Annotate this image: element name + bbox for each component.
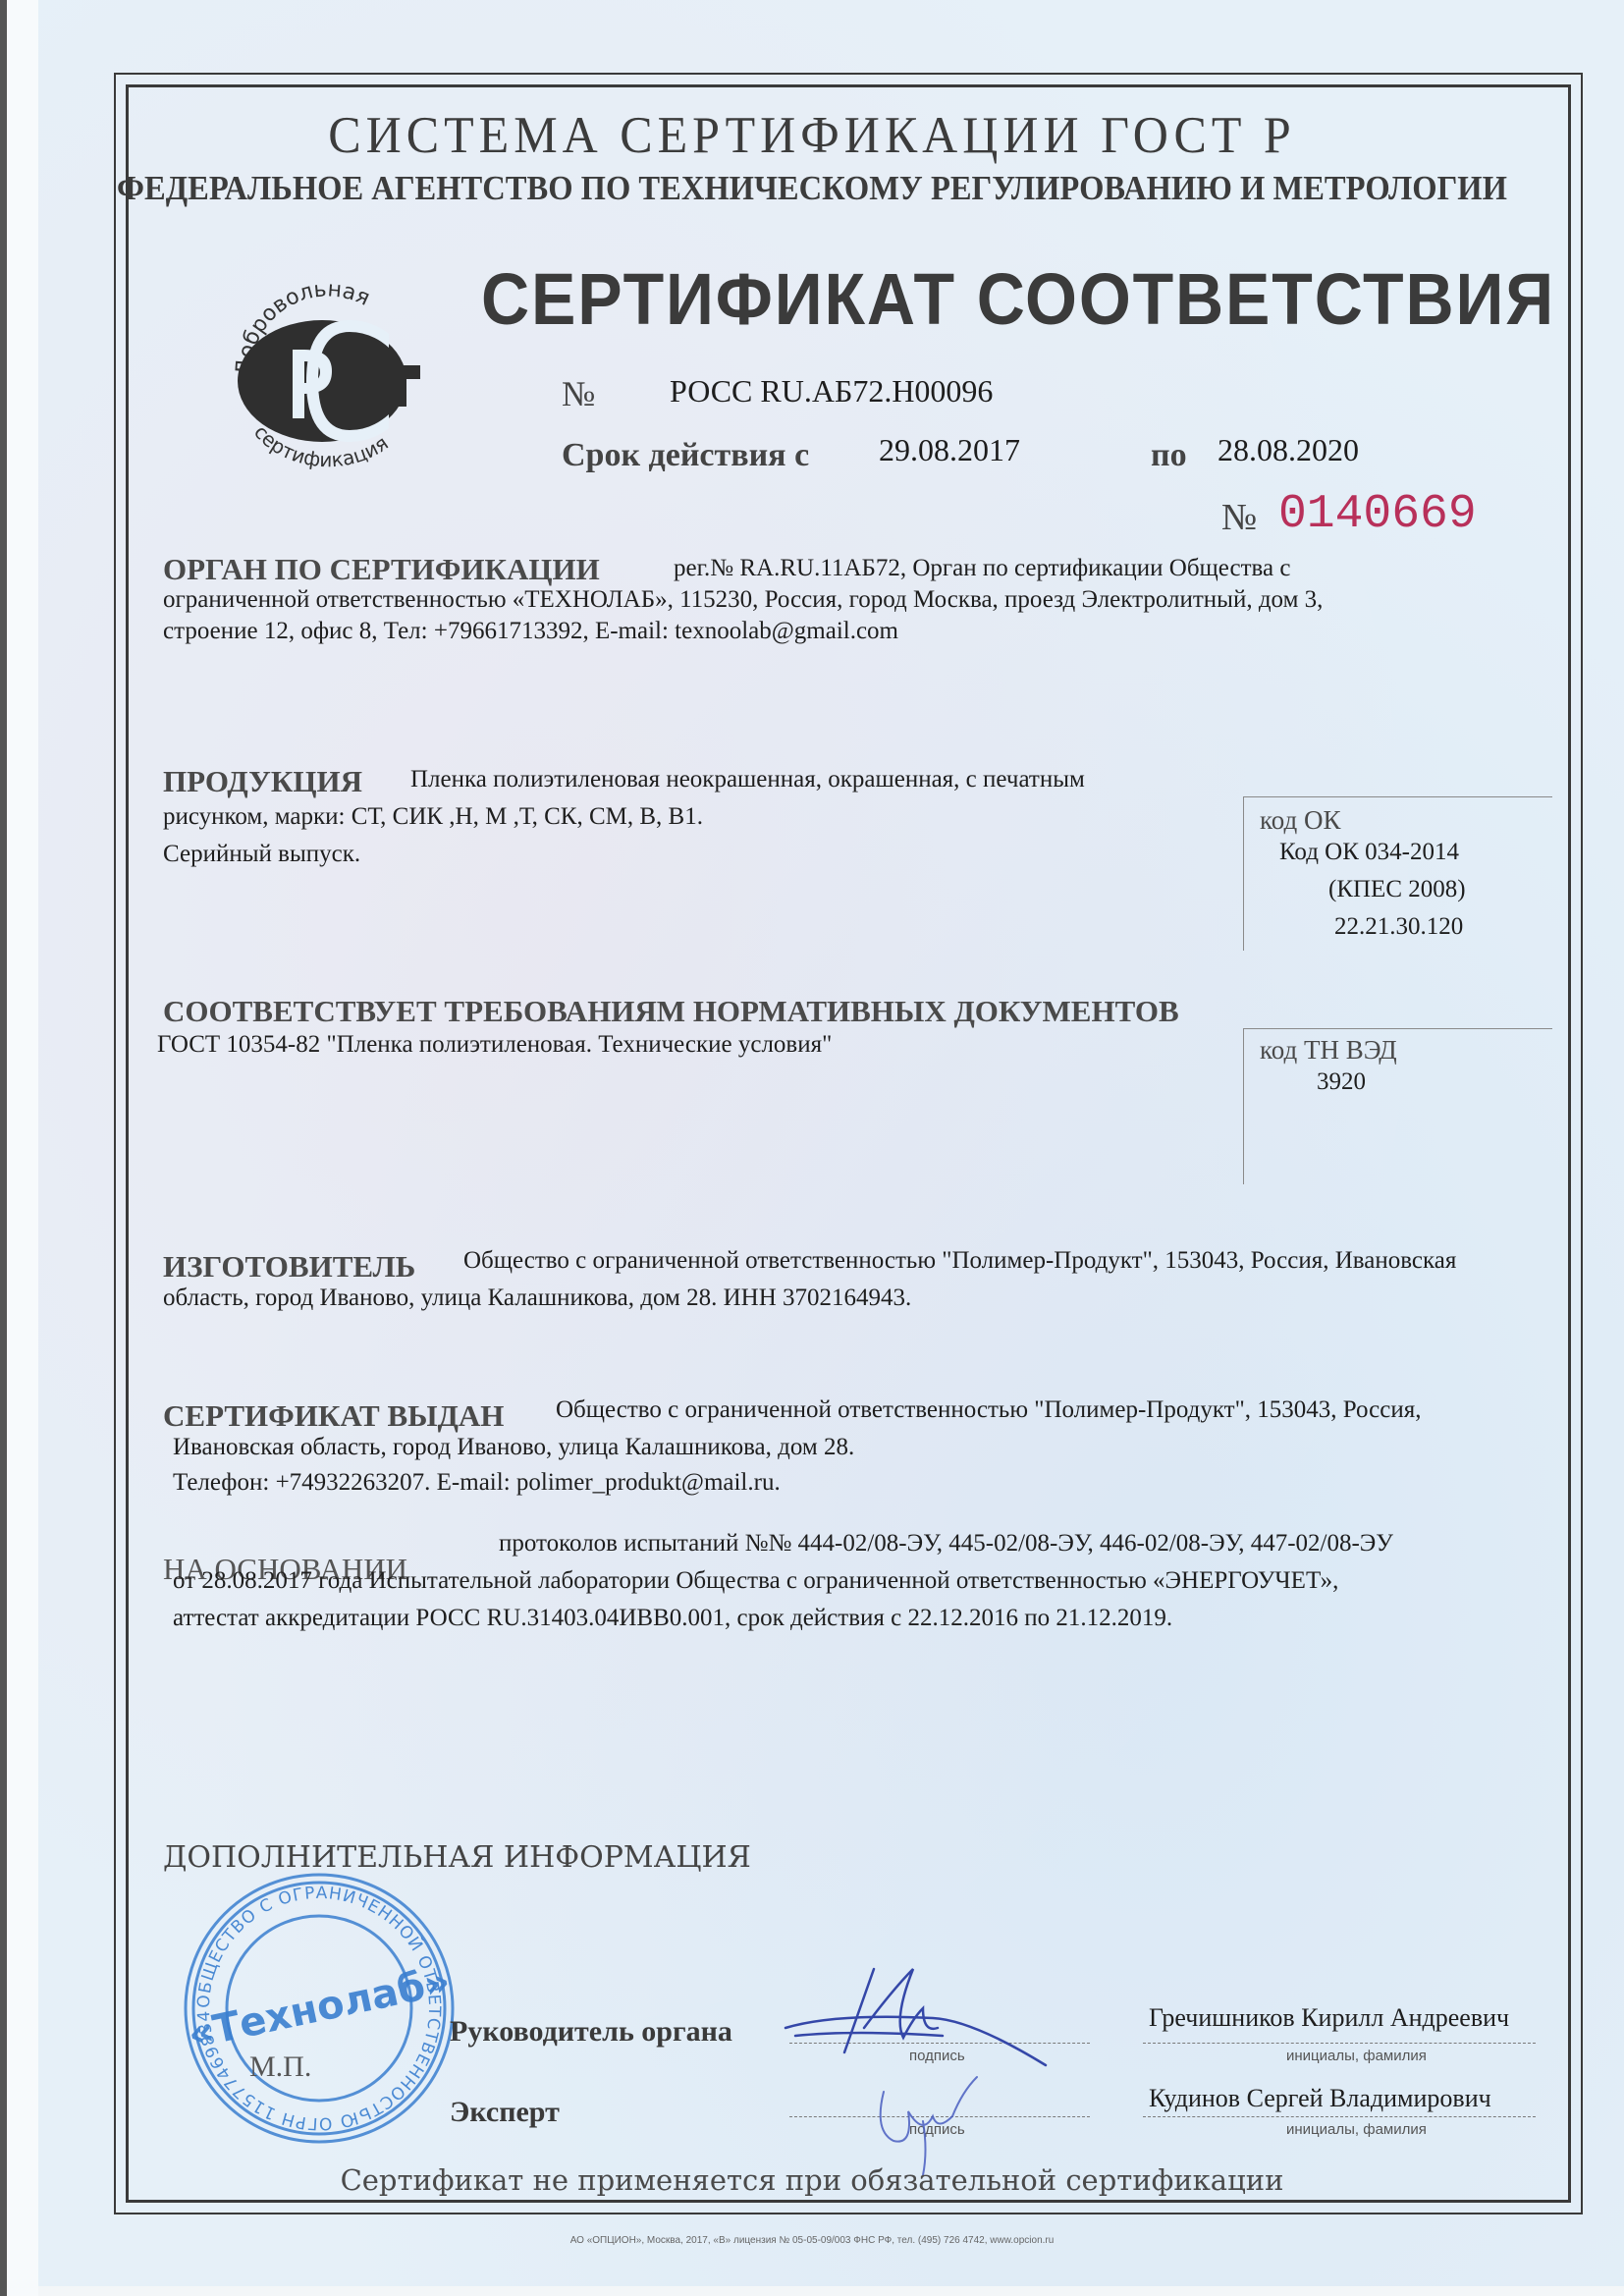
printer-info: АО «ОПЦИОН», Москва, 2017, «В» лицензия … (0, 2235, 1624, 2246)
issued-to-label: СЕРТИФИКАТ ВЫДАН (163, 1398, 504, 1434)
issued-to-line: Ивановская область, город Иваново, улица… (173, 1434, 854, 1461)
stamp-icon: ОБЩЕСТВО С ОГРАНИЧЕННОЙ ОТВЕТСТВЕННОСТЬЮ… (177, 1866, 461, 2151)
tnved-code-value: 3920 (1317, 1068, 1366, 1096)
scan-margin (7, 0, 38, 2296)
conformity-label: СООТВЕТСТВУЕТ ТРЕБОВАНИЯМ НОРМАТИВНЫХ ДО… (163, 994, 1179, 1029)
ok-code-line: (КПЕС 2008) (1328, 876, 1466, 903)
document-title: СЕРТИФИКАТ СООТВЕТСТВИЯ (481, 257, 1555, 341)
expert-name: Кудинов Сергей Владимирович (1149, 2084, 1491, 2113)
basis-line: аттестат аккредитации РОСС RU.31403.04ИВ… (173, 1605, 1172, 1632)
expert-name-line (1143, 2116, 1536, 2117)
ok-code-line: Код ОК 034-2014 (1279, 839, 1459, 866)
certification-body-line: рег.№ RA.RU.11АБ72, Орган по сертификаци… (674, 555, 1290, 582)
manufacturer-label: ИЗГОТОВИТЕЛЬ (163, 1249, 415, 1285)
certification-body-label: ОРГАН ПО СЕРТИФИКАЦИИ (163, 552, 600, 587)
issued-to-line: Общество с ограниченной ответственностью… (556, 1396, 1422, 1424)
stamp-place-label: М.П. (249, 2050, 311, 2084)
ok-code-line: 22.21.30.120 (1334, 913, 1463, 941)
conformity-text: ГОСТ 10354-82 "Пленка полиэтиленовая. Те… (157, 1031, 832, 1059)
head-name-line (1143, 2043, 1536, 2044)
cert-number-label: № (562, 373, 595, 414)
ok-code-box: код ОК Код ОК 034-2014 (КПЕС 2008) 22.21… (1243, 796, 1552, 951)
ok-code-title: код ОК (1260, 805, 1340, 836)
serial-number: 0140669 (1278, 488, 1477, 541)
cert-number: РОСС RU.АБ72.Н00096 (670, 373, 993, 410)
head-name: Гречишников Кирилл Андреевич (1149, 2003, 1509, 2033)
agency-name: ФЕДЕРАЛЬНОЕ АГЕНТСТВО ПО ТЕХНИЧЕСКОМУ РЕ… (57, 169, 1567, 208)
basis-line: протоколов испытаний №№ 444-02/08-ЭУ, 44… (499, 1530, 1393, 1558)
valid-to-label: по (1151, 437, 1187, 474)
head-role-label: Руководитель органа (450, 2015, 732, 2049)
head-name-caption: инициалы, фамилия (1286, 2048, 1427, 2064)
validity-label: Срок действия с (562, 437, 809, 474)
manufacturer-line: область, город Иваново, улица Калашников… (163, 1285, 911, 1312)
tnved-code-title: код ТН ВЭД (1260, 1035, 1397, 1066)
product-line: Серийный выпуск. (163, 841, 360, 868)
certification-body-line: ограниченной ответственностью «ТЕХНОЛАБ»… (163, 586, 1323, 614)
expert-role-label: Эксперт (450, 2096, 560, 2129)
stamp-center-text: «Технолаб» (185, 1958, 455, 2057)
valid-from: 29.08.2017 (879, 432, 1020, 468)
basis-line: от 28.08.2017 года Испытательной лаборат… (173, 1567, 1338, 1595)
tnved-code-box: код ТН ВЭД 3920 (1243, 1028, 1552, 1184)
certification-body-line: строение 12, офис 8, Тел: +79661713392, … (163, 618, 898, 645)
valid-to: 28.08.2020 (1218, 432, 1359, 468)
rst-logo-icon: Добровольная сертификация (224, 271, 430, 477)
product-line: рисунком, марки: СТ, СИК ,Н, М ,Т, СК, С… (163, 803, 703, 831)
scan-edge (0, 0, 7, 2296)
system-title: СИСТЕМА СЕРТИФИКАЦИИ ГОСТ Р (0, 105, 1624, 165)
product-line: Пленка полиэтиленовая неокрашенная, окра… (410, 766, 1085, 793)
scan-bottom-strip (38, 2286, 1624, 2296)
manufacturer-line: Общество с ограниченной ответственностью… (463, 1247, 1456, 1275)
expert-name-caption: инициалы, фамилия (1286, 2121, 1427, 2138)
issued-to-line: Телефон: +74932263207. E-mail: polimer_p… (173, 1469, 781, 1497)
footer-notice: Сертификат не применяется при обязательн… (0, 2163, 1624, 2197)
product-label: ПРОДУКЦИЯ (163, 764, 362, 799)
serial-label: № (1221, 496, 1257, 539)
